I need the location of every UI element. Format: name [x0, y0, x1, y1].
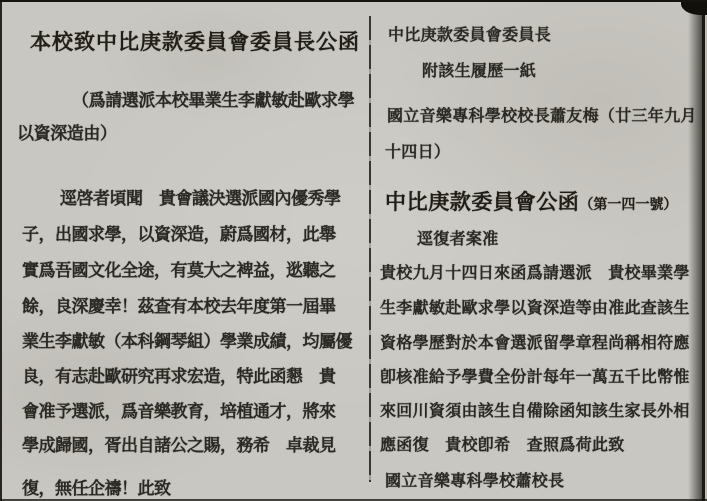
reply-opening-line: 逕復者案准: [417, 226, 499, 249]
signature-line: 國立音樂專科學校校長蕭友梅（廿三年九月: [387, 103, 697, 126]
body-line: 實爲吾國文化全途，有莫大之裨益，逖聽之: [22, 256, 336, 281]
reply-body-line: 應函復 貴校卽希 查照爲荷此致: [380, 432, 625, 455]
reply-body-line: 卽核准給予學費全份計每年一萬五千比幣惟: [380, 364, 690, 387]
subject-line: （爲請選派本校畢業生李獻敏赴歐求學: [72, 86, 354, 111]
body-line: 良，有志赴歐研究再求宏造，特此函懇 貴: [22, 362, 336, 387]
subject-line: 以資深造由）: [17, 119, 117, 144]
reply-signature-line: 國立音樂專科學校蕭校長: [385, 468, 564, 491]
body-line: 學成歸國，胥出自諸公之賜，務希 卓裁見: [22, 431, 336, 456]
reply-document-number: （第一四一號）: [579, 198, 677, 213]
attachment-note: 附該生履歷一紙: [422, 58, 536, 81]
body-line: 復，無任企禱！此致: [22, 474, 171, 499]
body-line: 餘，良深慶幸！茲查有本校去年度第一屆畢: [22, 292, 336, 317]
reply-body-line: 資格學歷對於本會選派留學章程尚稱相符應: [380, 330, 690, 353]
reply-body-line: 生李獻敏赴歐求學以資深造等由准此查該生: [380, 295, 690, 318]
page-edge-left: [0, 0, 2, 501]
recipient-line: 中比庚款委員會委員長: [388, 22, 551, 45]
body-line: 會准予選派，爲音樂教育，培植通才，將來: [22, 397, 336, 422]
page-edge-top: [0, 0, 707, 2]
scanned-document-page: 本校致中比庚款委員會委員長公函 （爲請選派本校畢業生李獻敏赴歐求學 以資深造由）…: [0, 0, 707, 501]
scan-corner-shadow: [681, 0, 707, 15]
reply-letter-title: 中比庚款委員會公函（第一四一號）: [385, 186, 677, 216]
signature-line: 十四日）: [385, 139, 450, 162]
letter-title: 本校致中比庚款委員會委員長公函: [30, 26, 360, 56]
reply-body-line: 來回川資須由該生自備除函知該生家長外相: [380, 398, 690, 421]
reply-body-line: 貴校九月十四日來函爲請選派 貴校畢業學: [380, 260, 690, 283]
column-divider-rule: [369, 16, 371, 482]
reply-title-text: 中比庚款委員會公函: [385, 190, 579, 214]
body-line: 子，出國求學，以資深造，蔚爲國材，此舉: [22, 220, 336, 245]
body-line: 業生李獻敏（本科鋼琴組）學業成績，均屬優: [22, 327, 352, 352]
body-line: 逕啓者頃聞 貴會議決選派國內優秀學: [60, 184, 341, 209]
